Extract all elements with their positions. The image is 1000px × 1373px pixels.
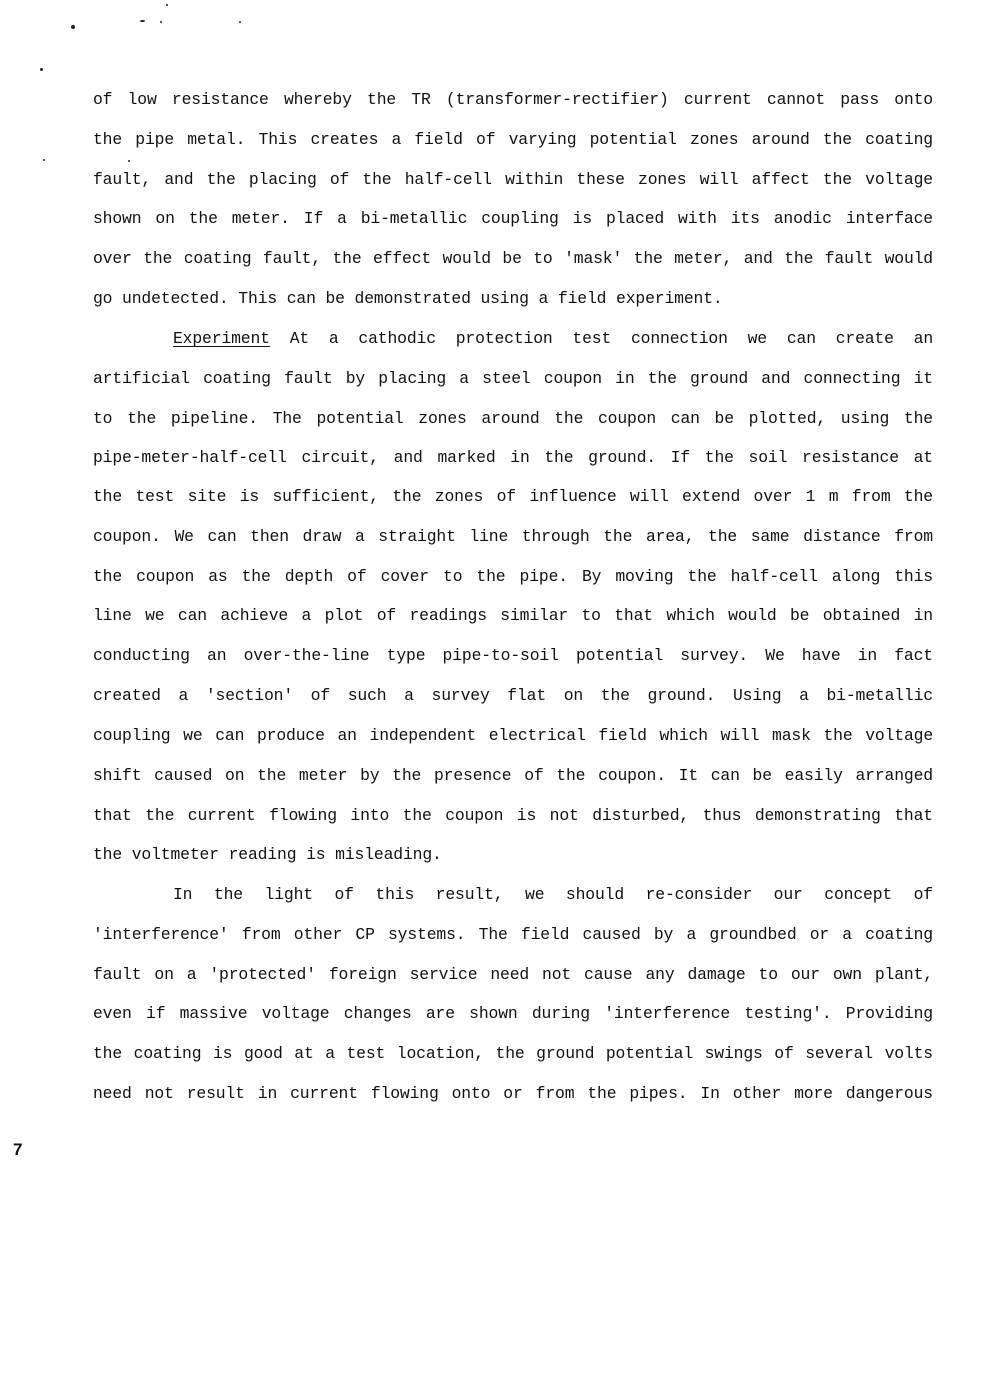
text-line: conducting an over-the-line type pipe-to…: [93, 645, 933, 667]
text-line: that the current flowing into the coupon…: [93, 805, 933, 827]
text-line: shift caused on the meter by the presenc…: [93, 765, 933, 787]
text-line: shown on the meter. If a bi-metallic cou…: [93, 208, 933, 230]
text-line: fault, and the placing of the half-cell …: [93, 169, 933, 191]
text-line: coupling we can produce an independent e…: [93, 725, 933, 747]
text-line: even if massive voltage changes are show…: [93, 1003, 933, 1025]
text-line: the test site is sufficient, the zones o…: [93, 486, 933, 508]
scan-speck: [160, 21, 162, 23]
text-line: the pipe metal. This creates a field of …: [93, 129, 933, 151]
page-number: 7: [13, 1140, 22, 1160]
text-line: the coupon as the depth of cover to the …: [93, 566, 933, 588]
scan-speck: [71, 25, 75, 29]
scan-speck: [128, 160, 130, 162]
scan-speck: [166, 4, 168, 6]
text-line: In the light of this result, we should r…: [173, 884, 933, 906]
section-heading-experiment: Experiment: [173, 329, 270, 348]
scan-speck: [40, 68, 43, 71]
text-line: created a 'section' of such a survey fla…: [93, 685, 933, 707]
text-line: line we can achieve a plot of readings s…: [93, 605, 933, 627]
text-line: to the pipeline. The potential zones aro…: [93, 408, 933, 430]
scan-speck: [43, 159, 45, 161]
document-page: of low resistance whereby the TR (transf…: [0, 0, 1000, 1373]
text-line: the coating is good at a test location, …: [93, 1043, 933, 1065]
text-line: artificial coating fault by placing a st…: [93, 368, 933, 390]
scan-speck: [140, 20, 145, 22]
text-line: need not result in current flowing onto …: [93, 1083, 933, 1105]
text-line: over the coating fault, the effect would…: [93, 248, 933, 270]
scan-speck: [239, 21, 241, 23]
text-line: fault on a 'protected' foreign service n…: [93, 964, 933, 986]
text-line: Experiment At a cathodic protection test…: [173, 328, 933, 350]
text-line: pipe-meter-half-cell circuit, and marked…: [93, 447, 933, 469]
text-line: the voltmeter reading is misleading.: [93, 844, 933, 866]
text-line: of low resistance whereby the TR (transf…: [93, 89, 933, 111]
text-line: coupon. We can then draw a straight line…: [93, 526, 933, 548]
text-line: 'interference' from other CP systems. Th…: [93, 924, 933, 946]
text-line: go undetected. This can be demonstrated …: [93, 288, 933, 310]
text-line-rest: At a cathodic protection test connection…: [290, 329, 933, 348]
